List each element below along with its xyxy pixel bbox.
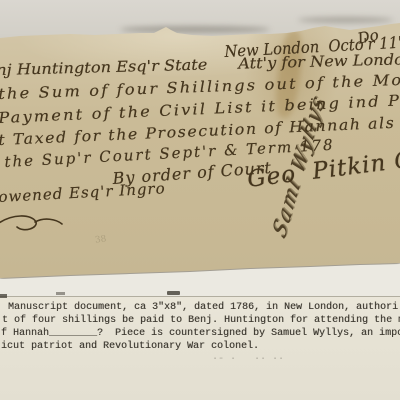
caption-line: icut patriot and Revolutionary War colon…	[1, 340, 259, 353]
cut-text-mark	[0, 294, 7, 298]
manuscript-docket-line: owened Esq'r Ingro	[0, 179, 166, 206]
caption-ghost-line: ·- · ·· ··	[212, 353, 284, 366]
caption-line: f Hannah________? Piece is countersigned…	[1, 327, 400, 340]
cut-text-mark	[167, 291, 180, 295]
edge-shadow-smudge	[120, 26, 270, 33]
pencil-mark: 38	[94, 234, 107, 245]
flourish-mark	[0, 208, 66, 238]
caption-line: t of four shillings be paid to Benj. Hun…	[2, 314, 400, 327]
edge-shadow-smudge	[298, 17, 393, 23]
cut-text-mark	[56, 292, 65, 295]
photograph: Do New London Octo'r 11'h 17 nj Huntingt…	[0, 0, 400, 400]
caption-line: Manuscript document, ca 3"x8", dated 178…	[8, 301, 398, 314]
